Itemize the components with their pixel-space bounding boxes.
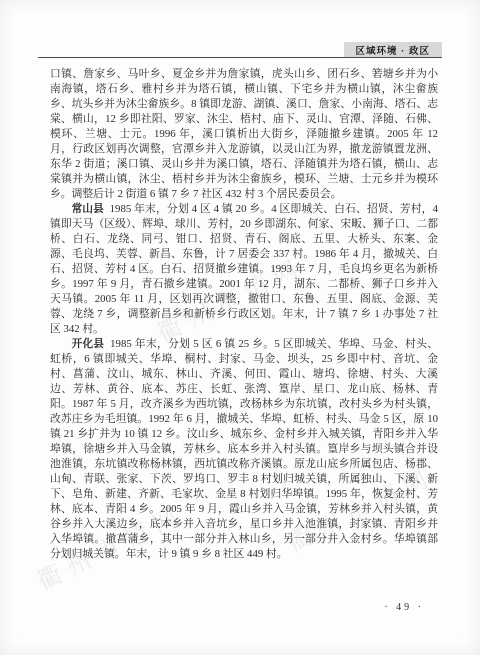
paragraph-text: 1985 年末，分划 5 区 6 镇 25 乡。5 区即城关、华埠、马金、村头、…	[50, 338, 438, 560]
page-number: · 49 ·	[384, 602, 424, 613]
paragraph-kaihua-county: 开化县1985 年末，分划 5 区 6 镇 25 乡。5 区即城关、华埠、马金、…	[50, 337, 438, 562]
paragraph-text: 口镇、詹家乡、马叶乡、夏金乡并为詹家镇，虎头山乡、团石乡、箬塘乡并为小南海镇，塔…	[50, 68, 438, 200]
section-tag-label: 区域环境 · 政区	[356, 43, 430, 57]
county-name-kaihua: 开化县	[72, 338, 105, 350]
county-name-changshan: 常山县	[72, 203, 104, 215]
paragraph-longyou-continuation: 口镇、詹家乡、马叶乡、夏金乡并为詹家镇，虎头山乡、团石乡、箬塘乡并为小南海镇，塔…	[50, 67, 438, 202]
running-head-section-tag: 区域环境 · 政区	[344, 42, 442, 58]
book-page: 衢州市情网 衢州市情网 衢州市情网 区域环境 · 政区 口镇、詹家乡、马叶乡、夏…	[0, 0, 480, 655]
header-divider-rule	[38, 57, 442, 58]
page-body-text: 口镇、詹家乡、马叶乡、夏金乡并为詹家镇，虎头山乡、团石乡、箬塘乡并为小南海镇，塔…	[50, 67, 438, 562]
paragraph-text: 1985 年末，分划 4 区 4 镇 20 乡。4 区即城关、白石、招贤、芳村，…	[50, 203, 438, 335]
paragraph-changshan-county: 常山县1985 年末，分划 4 区 4 镇 20 乡。4 区即城关、白石、招贤、…	[50, 202, 438, 337]
